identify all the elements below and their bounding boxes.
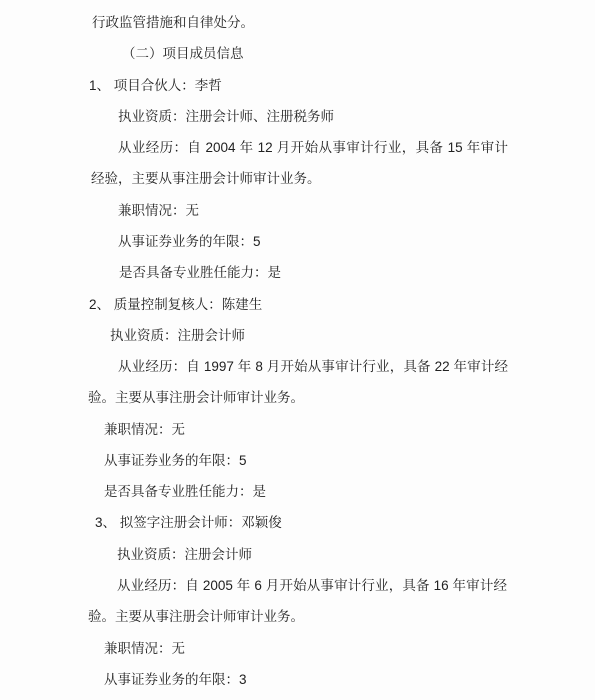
- member3-experience-line-2: 验。主要从事注册会计师审计业务。: [88, 608, 304, 625]
- member2-securities-years-line: 从事证券业务的年限：5: [104, 452, 247, 469]
- member3-qualification-line: 执业资质：注册会计师: [117, 546, 252, 563]
- member1-competence-line: 是否具备专业胜任能力：是: [119, 264, 281, 281]
- member3-experience-line-1: 从业经历：自 2005 年 6 月开始从事审计行业，具备 16 年审计经: [117, 577, 507, 594]
- member3-parttime-line: 兼职情况：无: [104, 640, 185, 657]
- member2-experience-line-2: 验。主要从事注册会计师审计业务。: [88, 389, 304, 406]
- member3-title-line: 3、 拟签字注册会计师：邓颖俊: [95, 514, 282, 531]
- member2-parttime-line: 兼职情况：无: [104, 421, 185, 438]
- member2-qualification-line: 执业资质：注册会计师: [110, 327, 245, 344]
- member3-securities-years-line: 从事证券业务的年限：3: [104, 671, 247, 688]
- member2-competence-line: 是否具备专业胜任能力：是: [104, 483, 266, 500]
- member2-experience-line-1: 从业经历：自 1997 年 8 月开始从事审计行业，具备 22 年审计经: [118, 358, 508, 375]
- document-page: 行政监管措施和自律处分。 （二）项目成员信息 1、 项目合伙人：李哲 执业资质：…: [0, 0, 595, 700]
- paragraph-tail-line: 行政监管措施和自律处分。: [92, 14, 254, 31]
- member1-title-line: 1、 项目合伙人：李哲: [89, 77, 222, 94]
- member1-qualification-line: 执业资质：注册会计师、注册税务师: [118, 108, 334, 125]
- section-heading: （二）项目成员信息: [122, 45, 244, 62]
- member1-experience-line-1: 从业经历：自 2004 年 12 月开始从事审计行业，具备 15 年审计: [118, 139, 508, 156]
- member1-parttime-line: 兼职情况：无: [118, 202, 199, 219]
- member1-securities-years-line: 从事证券业务的年限：5: [118, 233, 261, 250]
- member2-title-line: 2、 质量控制复核人：陈建生: [89, 296, 262, 313]
- member1-experience-line-2: 经验，主要从事注册会计师审计业务。: [91, 170, 321, 187]
